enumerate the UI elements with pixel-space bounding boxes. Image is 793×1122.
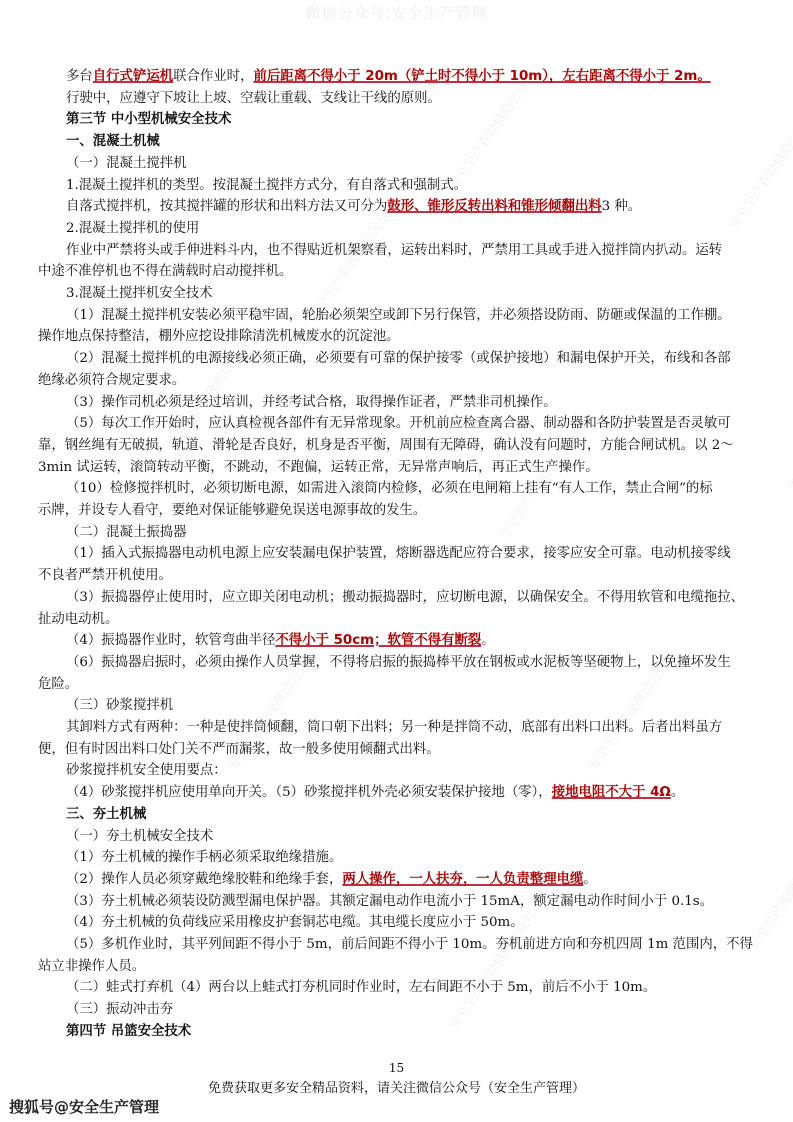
text-segment: 3min 试运转，滚筒转动平衡，不跳动，不跑偏，运转正常，无异常声响后，再正式生… xyxy=(38,460,599,475)
text-line: 自落式搅拌机，按其搅拌罐的形状和出料方法又可分为鼓形、锥形反转出料和锥形倾翻出料… xyxy=(0,196,793,218)
page-number: 15 xyxy=(0,1061,793,1075)
text-line: 绝缘必须符合规定要求。 xyxy=(0,370,793,392)
text-line: 作业中严禁将头或手伸进料斗内，也不得贴近机架察看，运转出料时，严禁用工具或手进入… xyxy=(0,240,793,262)
highlighted-key-point: 两人操作，一人扶夯，一人负责整理电缆 xyxy=(342,872,583,887)
text-segment: 其卸料方式有两种：一种是使拌筒倾翻，筒口朝下出料；另一种是拌筒不动，底部有出料口… xyxy=(66,720,722,735)
text-segment: 。 xyxy=(481,633,494,648)
text-segment: （10）检修搅拌机时，必须切断电源，如需进入滚筒内检修，必须在电闸箱上挂有“有人… xyxy=(66,481,713,496)
text-line: （一）夯土机械安全技术 xyxy=(0,826,793,848)
text-line: 2.混凝土搅拌机的使用 xyxy=(0,218,793,240)
highlighted-key-point: 接地电阻不大于 4Ω xyxy=(552,785,671,800)
text-segment: （1）混凝土搅拌机安装必须平稳牢固，轮胎必须架空或卸下另行保管，并必须搭设防雨、… xyxy=(66,308,731,323)
text-line: （三）振动冲击夯 xyxy=(0,999,793,1021)
text-line: 第四节 吊篮安全技术 xyxy=(0,1021,793,1043)
section-heading: 第四节 吊篮安全技术 xyxy=(66,1024,191,1039)
text-line: 3.混凝土搅拌机安全技术 xyxy=(0,283,793,305)
text-line: 中途不准停机也不得在满载时启动搅拌机。 xyxy=(0,261,793,283)
text-line: 3min 试运转，滚筒转动平衡，不跳动，不跑偏，运转正常，无异常声响后，再正式生… xyxy=(0,457,793,479)
footer-notice: 免费获取更多安全精品资料，请关注微信公众号（安全生产管理） xyxy=(0,1077,793,1096)
text-line: 一、混凝土机械 xyxy=(0,131,793,153)
text-segment: （5）每次工作开始时，应认真检视各部件有无异常现象。开机前应检查离合器、制动器和… xyxy=(66,416,731,431)
text-segment: 绝缘必须符合规定要求。 xyxy=(38,373,185,388)
text-segment: 靠，钢丝绳有无破损，轨道、滑轮是否良好，机身是否平衡，周围有无障碍，确认没有问题… xyxy=(38,438,734,453)
text-line: （4）砂浆搅拌机应使用单向开关。（5）砂浆搅拌机外壳必须安装保护接地（零），接地… xyxy=(0,782,793,804)
text-segment: 不良者严禁开机使用。 xyxy=(38,568,172,583)
text-segment: 。 xyxy=(671,785,684,800)
highlighted-key-point: 不得小于 50cm；软管不得有断裂 xyxy=(275,633,481,648)
text-segment: （6）振捣器启振时，必须由操作人员掌握，不得将启振的振捣棒平放在钢板或水泥板等坚… xyxy=(66,655,731,670)
text-segment: （5）多机作业时，其平列间距不得小于 5m，前后间距不得小于 10m。夯机前进方… xyxy=(66,937,753,952)
text-segment: 示牌，并设专人看守，要绝对保证能够避免误送电源事故的发生。 xyxy=(38,503,426,518)
text-line: 第三节 中小型机械安全技术 xyxy=(0,109,793,131)
section-heading: 第三节 中小型机械安全技术 xyxy=(66,112,231,127)
text-line: （一）混凝土搅拌机 xyxy=(0,153,793,175)
text-line: 其卸料方式有两种：一种是使拌筒倾翻，筒口朝下出料；另一种是拌筒不动，底部有出料口… xyxy=(0,717,793,739)
text-segment: 3.混凝土搅拌机安全技术 xyxy=(66,286,213,301)
text-segment: 1.混凝土搅拌机的类型。按混凝土搅拌方式分，有自落式和强制式。 xyxy=(66,178,467,193)
text-segment: （一）混凝土搅拌机 xyxy=(66,156,187,171)
text-segment: （三）砂浆搅拌机 xyxy=(66,698,173,713)
text-segment: 危险。 xyxy=(38,677,78,692)
top-watermark: 微信公众号:安全生产管理 xyxy=(0,2,793,23)
section-heading: 一、混凝土机械 xyxy=(66,134,160,149)
text-segment: 中途不准停机也不得在满载时启动搅拌机。 xyxy=(38,264,292,279)
text-line: 示牌，并设专人看守，要绝对保证能够避免误送电源事故的发生。 xyxy=(0,500,793,522)
text-line: （2）操作人员必须穿戴绝缘胶鞋和绝缘手套，两人操作，一人扶夯，一人负责整理电缆。 xyxy=(0,869,793,891)
section-heading: 三、夯土机械 xyxy=(66,807,146,822)
text-line: 砂浆搅拌机安全使用要点： xyxy=(0,760,793,782)
text-segment: （4）振捣器作业时，软管弯曲半径 xyxy=(66,633,275,648)
text-segment: 自落式搅拌机，按其搅拌罐的形状和出料方法又可分为 xyxy=(66,199,387,214)
highlighted-key-point: 鼓形、锥形反转出料和锥形倾翻出料 xyxy=(387,199,601,214)
text-segment: 便，但有时因出料口处门关不严而漏浆，故一般多使用倾翻式出料。 xyxy=(38,742,440,757)
text-segment: 作业中严禁将头或手伸进料斗内，也不得贴近机架察看，运转出料时，严禁用工具或手进入… xyxy=(66,243,722,258)
text-segment: （2）操作人员必须穿戴绝缘胶鞋和绝缘手套， xyxy=(66,872,342,887)
text-line: 多台自行式铲运机联合作业时，前后距离不得小于 20m（铲土时不得小于 10m），… xyxy=(0,66,793,88)
text-line: 1.混凝土搅拌机的类型。按混凝土搅拌方式分，有自落式和强制式。 xyxy=(0,175,793,197)
text-segment: （3）操作司机必须是经过培训，并经考试合格，取得操作证者，严禁非司机操作。 xyxy=(66,395,557,410)
text-segment: 2.混凝土搅拌机的使用 xyxy=(66,221,199,236)
text-segment: 扯动电动机。 xyxy=(38,612,118,627)
text-segment: （一）夯土机械安全技术 xyxy=(66,829,213,844)
text-line: （4）夯土机械的负荷线应采用橡皮护套铜芯电缆。其电缆长度应小于 50m。 xyxy=(0,912,793,934)
source-watermark: 搜狐号@安全生产管理 xyxy=(9,1096,159,1117)
text-line: （三）砂浆搅拌机 xyxy=(0,695,793,717)
text-line: （二）蛙式打弃机（4）两台以上蛙式打夯机同时作业时，左右间距不小于 5m，前后不… xyxy=(0,977,793,999)
text-line: （3）夯土机械必须装设防溅型漏电保护器。其额定漏电动作电流小于 15mA，额定漏… xyxy=(0,891,793,913)
text-line: （二）混凝土振捣器 xyxy=(0,522,793,544)
text-line: （4）振捣器作业时，软管弯曲半径不得小于 50cm；软管不得有断裂。 xyxy=(0,630,793,652)
text-segment: （1）插入式振捣器电动机电源上应安装漏电保护装置，熔断器选配应符合要求，接零应安… xyxy=(66,546,731,561)
text-line: （5）每次工作开始时，应认真检视各部件有无异常现象。开机前应检查离合器、制动器和… xyxy=(0,413,793,435)
text-line: 危险。 xyxy=(0,674,793,696)
text-line: （6）振捣器启振时，必须由操作人员掌握，不得将启振的振捣棒平放在钢板或水泥板等坚… xyxy=(0,652,793,674)
text-line: 靠，钢丝绳有无破损，轨道、滑轮是否良好，机身是否平衡，周围有无障碍，确认没有问题… xyxy=(0,435,793,457)
text-segment: 多台 xyxy=(66,69,93,84)
text-line: （2）混凝土搅拌机的电源接线必须正确，必须要有可靠的保护接零（或保护接地）和漏电… xyxy=(0,348,793,370)
text-segment: （3）振捣器停止使用时，应立即关闭电动机；搬动振捣器时，应切断电源，以确保安全。… xyxy=(66,590,744,605)
text-segment: 砂浆搅拌机安全使用要点： xyxy=(66,763,227,778)
text-segment: （2）混凝土搅拌机的电源接线必须正确，必须要有可靠的保护接零（或保护接地）和漏电… xyxy=(66,351,731,366)
highlighted-key-point: 前后距离不得小于 20m（铲土时不得小于 10m），左右距离不得小于 2m。 xyxy=(253,69,710,84)
text-segment: 联合作业时， xyxy=(173,69,253,84)
text-segment: （二）蛙式打弃机（4）两台以上蛙式打夯机同时作业时，左右间距不小于 5m，前后不… xyxy=(66,980,656,995)
text-line: （3）操作司机必须是经过培训，并经考试合格，取得操作证者，严禁非司机操作。 xyxy=(0,392,793,414)
text-segment: （3）夯土机械必须装设防溅型漏电保护器。其额定漏电动作电流小于 15mA，额定漏… xyxy=(66,894,713,909)
text-line: 站立非操作人员。 xyxy=(0,956,793,978)
text-segment: 3 种。 xyxy=(602,199,642,214)
highlighted-key-point: 自行式铲运机 xyxy=(93,69,173,84)
text-segment: 行驶中，应遵守下坡让上坡、空载让重载、支线让干线的原则。 xyxy=(66,91,441,106)
text-line: （5）多机作业时，其平列间距不得小于 5m，前后间距不得小于 10m。夯机前进方… xyxy=(0,934,793,956)
text-line: （1）夯土机械的操作手柄必须采取绝缘措施。 xyxy=(0,847,793,869)
text-line: 便，但有时因出料口处门关不严而漏浆，故一般多使用倾翻式出料。 xyxy=(0,739,793,761)
text-line: 行驶中，应遵守下坡让上坡、空载让重载、支线让干线的原则。 xyxy=(0,88,793,110)
text-line: 操作地点保持整洁，棚外应挖设排除清洗机械废水的沉淀池。 xyxy=(0,326,793,348)
text-line: （1）插入式振捣器电动机电源上应安装漏电保护装置，熔断器选配应符合要求，接零应安… xyxy=(0,543,793,565)
text-line: （1）混凝土搅拌机安装必须平稳牢固，轮胎必须架空或卸下另行保管，并必须搭设防雨、… xyxy=(0,305,793,327)
text-line: 不良者严禁开机使用。 xyxy=(0,565,793,587)
text-segment: （1）夯土机械的操作手柄必须采取绝缘措施。 xyxy=(66,850,342,865)
text-segment: （4）砂浆搅拌机应使用单向开关。（5）砂浆搅拌机外壳必须安装保护接地（零）， xyxy=(66,785,552,800)
text-segment: （4）夯土机械的负荷线应采用橡皮护套铜芯电缆。其电缆长度应小于 50m。 xyxy=(66,915,524,930)
text-segment: 站立非操作人员。 xyxy=(38,959,145,974)
text-segment: 操作地点保持整洁，棚外应挖设排除清洗机械废水的沉淀池。 xyxy=(38,329,400,344)
text-line: 扯动电动机。 xyxy=(0,609,793,631)
text-line: （10）检修搅拌机时，必须切断电源，如需进入滚筒内检修，必须在电闸箱上挂有“有人… xyxy=(0,478,793,500)
text-line: 三、夯土机械 xyxy=(0,804,793,826)
text-segment: （三）振动冲击夯 xyxy=(66,1002,173,1017)
text-line: （3）振捣器停止使用时，应立即关闭电动机；搬动振捣器时，应切断电源，以确保安全。… xyxy=(0,587,793,609)
text-segment: 。 xyxy=(583,872,596,887)
text-segment: （二）混凝土振捣器 xyxy=(66,525,187,540)
